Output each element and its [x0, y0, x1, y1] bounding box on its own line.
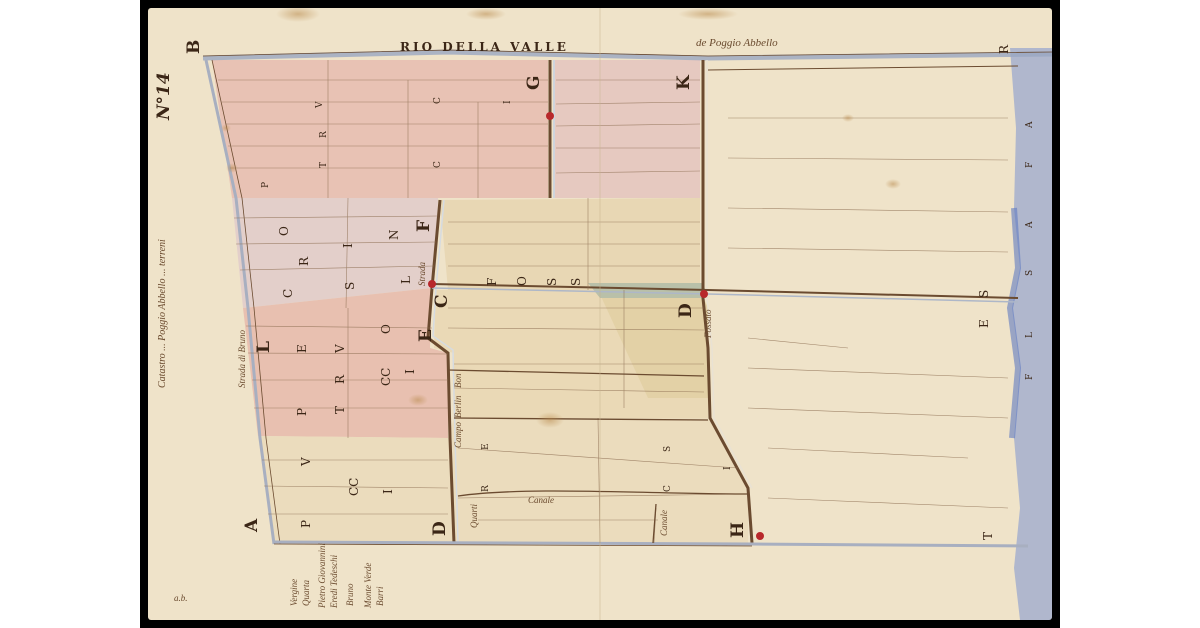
field-letter: P [262, 182, 271, 188]
left-margin-note: Catastro ... Poggio Abbello ... terreni [158, 239, 168, 388]
field-letter: S [664, 446, 673, 452]
field-letter: T [320, 162, 329, 168]
field-note: Bon [454, 374, 463, 389]
field-note: Berlin [454, 396, 463, 419]
field-letter: CC [380, 368, 392, 386]
bottom-note: Eredi Tedeschi [330, 555, 339, 608]
label-r: R [998, 45, 1010, 54]
field-letter: V [300, 457, 312, 466]
bottom-note: Quarta [302, 580, 311, 606]
bottom-note: Vergine [290, 579, 299, 606]
field-letter: O [380, 324, 392, 334]
field-letter: C [282, 289, 294, 298]
field-letter: R [334, 375, 346, 384]
map-drawing [148, 8, 1052, 620]
label-c: C [434, 294, 451, 308]
field-note: Canale [528, 496, 554, 505]
river-title-script: de Poggio Abbello [696, 38, 778, 49]
catalog-number: N°14 [156, 72, 173, 120]
label-b: B [186, 40, 203, 54]
label-d-mid: D [678, 303, 695, 318]
field-letter: L [1026, 332, 1035, 338]
field-letter: V [316, 102, 325, 109]
label-k: K [676, 75, 693, 90]
label-d-bottom: D [432, 521, 449, 536]
field-note: Fossato [704, 309, 713, 338]
red-seal-g [546, 112, 554, 120]
field-letter: A [1026, 222, 1035, 229]
field-letter: R [298, 257, 310, 266]
field-letter: F [486, 278, 498, 286]
label-l: L [256, 341, 273, 353]
field-letter: C [434, 161, 443, 168]
field-note: Canale [660, 510, 669, 536]
field-letter: L [400, 276, 412, 284]
field-letter: V [334, 344, 346, 353]
label-g: G [526, 75, 543, 90]
river-title: RIO DELLA VALLE [400, 41, 569, 53]
field-letter: E [296, 344, 308, 353]
field-letter: R [320, 131, 329, 138]
field-letter: I [504, 100, 513, 104]
field-note: Quarti [470, 504, 479, 528]
label-a: A [244, 519, 261, 532]
field-letter: S [1026, 270, 1035, 276]
field-letter: O [278, 226, 290, 236]
field-letter: P [296, 408, 308, 416]
field-pink-top [212, 60, 548, 198]
map-sheet: RIO DELLA VALLE de Poggio Abbello N°14 C… [148, 8, 1052, 620]
label-e-right: E [978, 319, 990, 328]
label-f: F [416, 220, 433, 232]
field-letter: E [482, 443, 491, 450]
field-note: Campo [454, 422, 463, 448]
label-t: T [982, 532, 994, 540]
field-letter: A [1026, 122, 1035, 129]
field-letter: T [334, 406, 346, 414]
field-letter: R [482, 485, 491, 492]
field-letter: S [570, 278, 582, 286]
field-letter: F [1026, 374, 1035, 380]
field-letter: CC [348, 478, 360, 496]
field-note: Strada [418, 262, 427, 286]
road-label: Strada di Bruno [238, 330, 247, 388]
field-letter: I [724, 466, 733, 470]
field-letter: F [1026, 162, 1035, 168]
page-mark: a.b. [174, 594, 188, 603]
bottom-note: Barri [376, 586, 385, 606]
red-seal-c [428, 280, 436, 288]
red-seal-h [756, 532, 764, 540]
label-e: E [418, 329, 435, 342]
field-letter: I [382, 489, 394, 494]
field-letter: O [516, 276, 528, 286]
field-letter: C [434, 97, 443, 104]
field-letter: C [664, 485, 673, 492]
field-letter: S [344, 282, 356, 290]
field-letter: P [300, 520, 312, 528]
label-s: S [978, 290, 990, 298]
field-letter: S [546, 278, 558, 286]
label-h: H [730, 522, 747, 538]
field-pink-lower [243, 288, 448, 438]
red-seal-d [700, 290, 708, 298]
field-letter: N [388, 230, 400, 241]
bottom-note: Monte Verde [364, 563, 373, 608]
bottom-note: Bruno [346, 584, 355, 607]
field-letter: I [342, 243, 354, 248]
field-letter: I [404, 369, 416, 374]
bottom-note: Pietro Giovannini [318, 543, 327, 608]
